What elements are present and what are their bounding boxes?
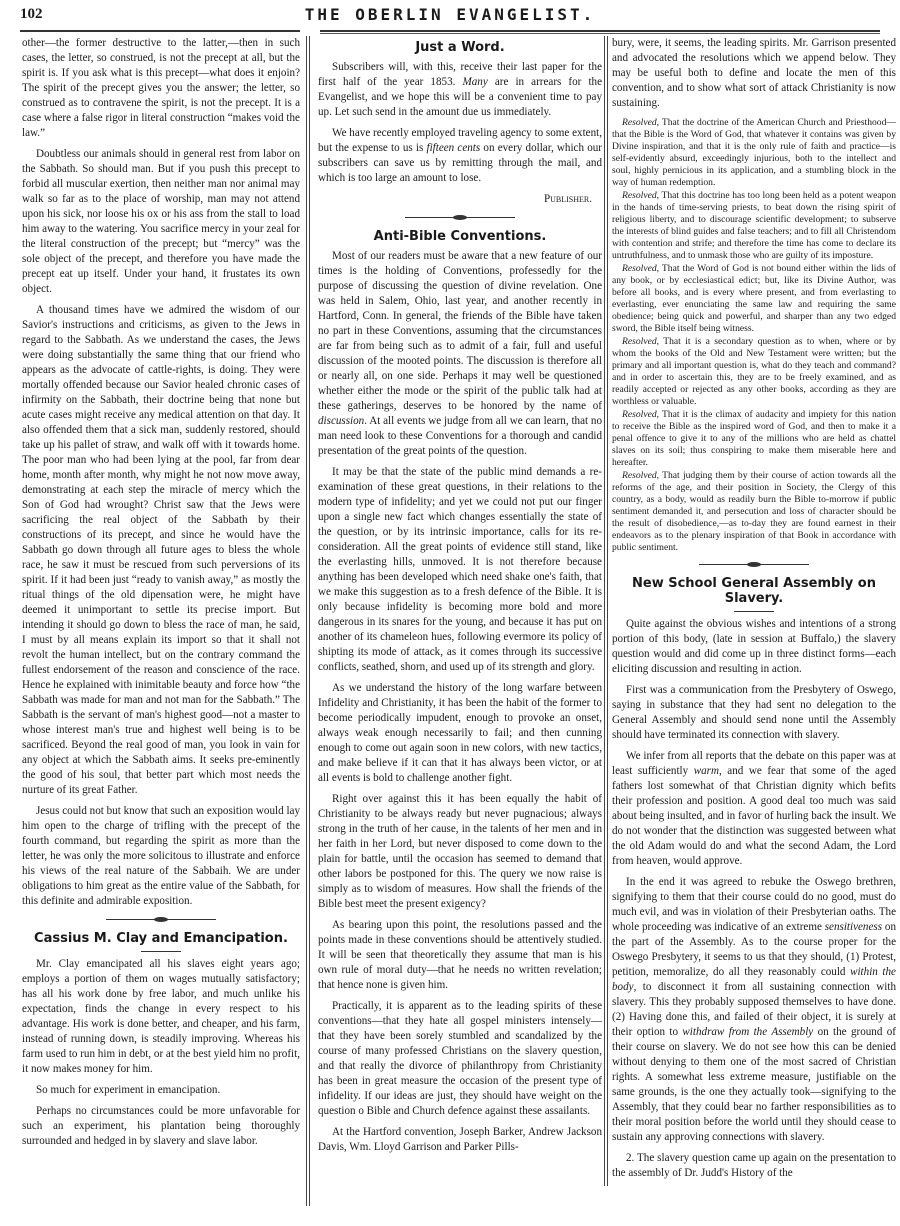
paragraph: Quite against the obvious wishes and int… [612,617,896,677]
paragraph: Perhaps no circumstances could be more u… [22,1104,300,1149]
resolution: Resolved, That it is a secondary questio… [612,336,896,408]
top-rule-col1 [20,30,300,32]
paragraph: Doubtless our animals should in general … [22,147,300,297]
paragraph: Subscribers will, with this, receive the… [318,60,602,120]
ornamental-divider [106,917,216,923]
column-3: bury, were, it seems, the leading spirit… [612,36,896,1187]
paragraph: Practically, it is apparent as to the le… [318,999,602,1119]
paragraph: bury, were, it seems, the leading spirit… [612,36,896,111]
paragraph: other—the former destructive to the latt… [22,36,300,141]
heading-underline [141,951,181,952]
resolution: Resolved, That judging them by their cou… [612,470,896,554]
paragraph: We have recently employed traveling agen… [318,126,602,186]
resolution: Resolved, That the Word of God is not bo… [612,263,896,335]
paragraph: First was a communication from the Presb… [612,683,896,743]
resolution: Resolved, That it is the climax of audac… [612,409,896,469]
paragraph: A thousand times have we admired the wis… [22,303,300,798]
paragraph: Most of our readers must be aware that a… [318,249,602,459]
article-heading-new-school: New School General Assembly on Slavery. [612,576,896,606]
paragraph: At the Hartford convention, Joseph Barke… [318,1125,602,1155]
resolution: Resolved, That the doctrine of the Ameri… [612,117,896,189]
article-heading-anti-bible: Anti-Bible Conventions. [318,229,602,244]
publisher-signature: Publisher. [318,192,592,207]
paragraph: Mr. Clay emancipated all his slaves eigh… [22,957,300,1077]
heading-underline [734,611,774,612]
column-2: Just a Word. Subscribers will, with this… [318,36,602,1161]
column-rule-2b [607,36,608,1186]
article-heading-just-a-word: Just a Word. [318,40,602,55]
paragraph: As we understand the history of the long… [318,681,602,786]
paragraph: As bearing upon this point, the resoluti… [318,918,602,993]
masthead: 102 THE OBERLIN EVANGELIST. [0,0,900,26]
paragraph: 2. The slavery question came up again on… [612,1151,896,1181]
paragraph: It may be that the state of the public m… [318,465,602,675]
paragraph: Jesus could not but know that such an ex… [22,804,300,909]
article-heading-clay: Cassius M. Clay and Emancipation. [22,931,300,946]
top-rule-col2-3 [320,30,880,32]
resolutions-block: Resolved, That the doctrine of the Ameri… [612,117,896,554]
ornamental-divider [699,562,809,568]
ornamental-divider [405,215,515,221]
paragraph: In the end it was agreed to rebuke the O… [612,875,896,1145]
resolution: Resolved, That this doctrine has too lon… [612,190,896,262]
column-rule-1 [306,36,307,1206]
newspaper-title: THE OBERLIN EVANGELIST. [0,5,900,24]
paragraph: We infer from all reports that the debat… [612,749,896,869]
newspaper-page: 102 THE OBERLIN EVANGELIST. other—the fo… [0,0,900,1226]
column-rule-2 [604,36,605,1186]
column-rule-1b [309,36,310,1206]
paragraph: So much for experiment in emancipation. [22,1083,300,1098]
top-rule-thin [320,33,880,34]
paragraph: Right over against this it has been equa… [318,792,602,912]
column-1: other—the former destructive to the latt… [22,36,300,1155]
